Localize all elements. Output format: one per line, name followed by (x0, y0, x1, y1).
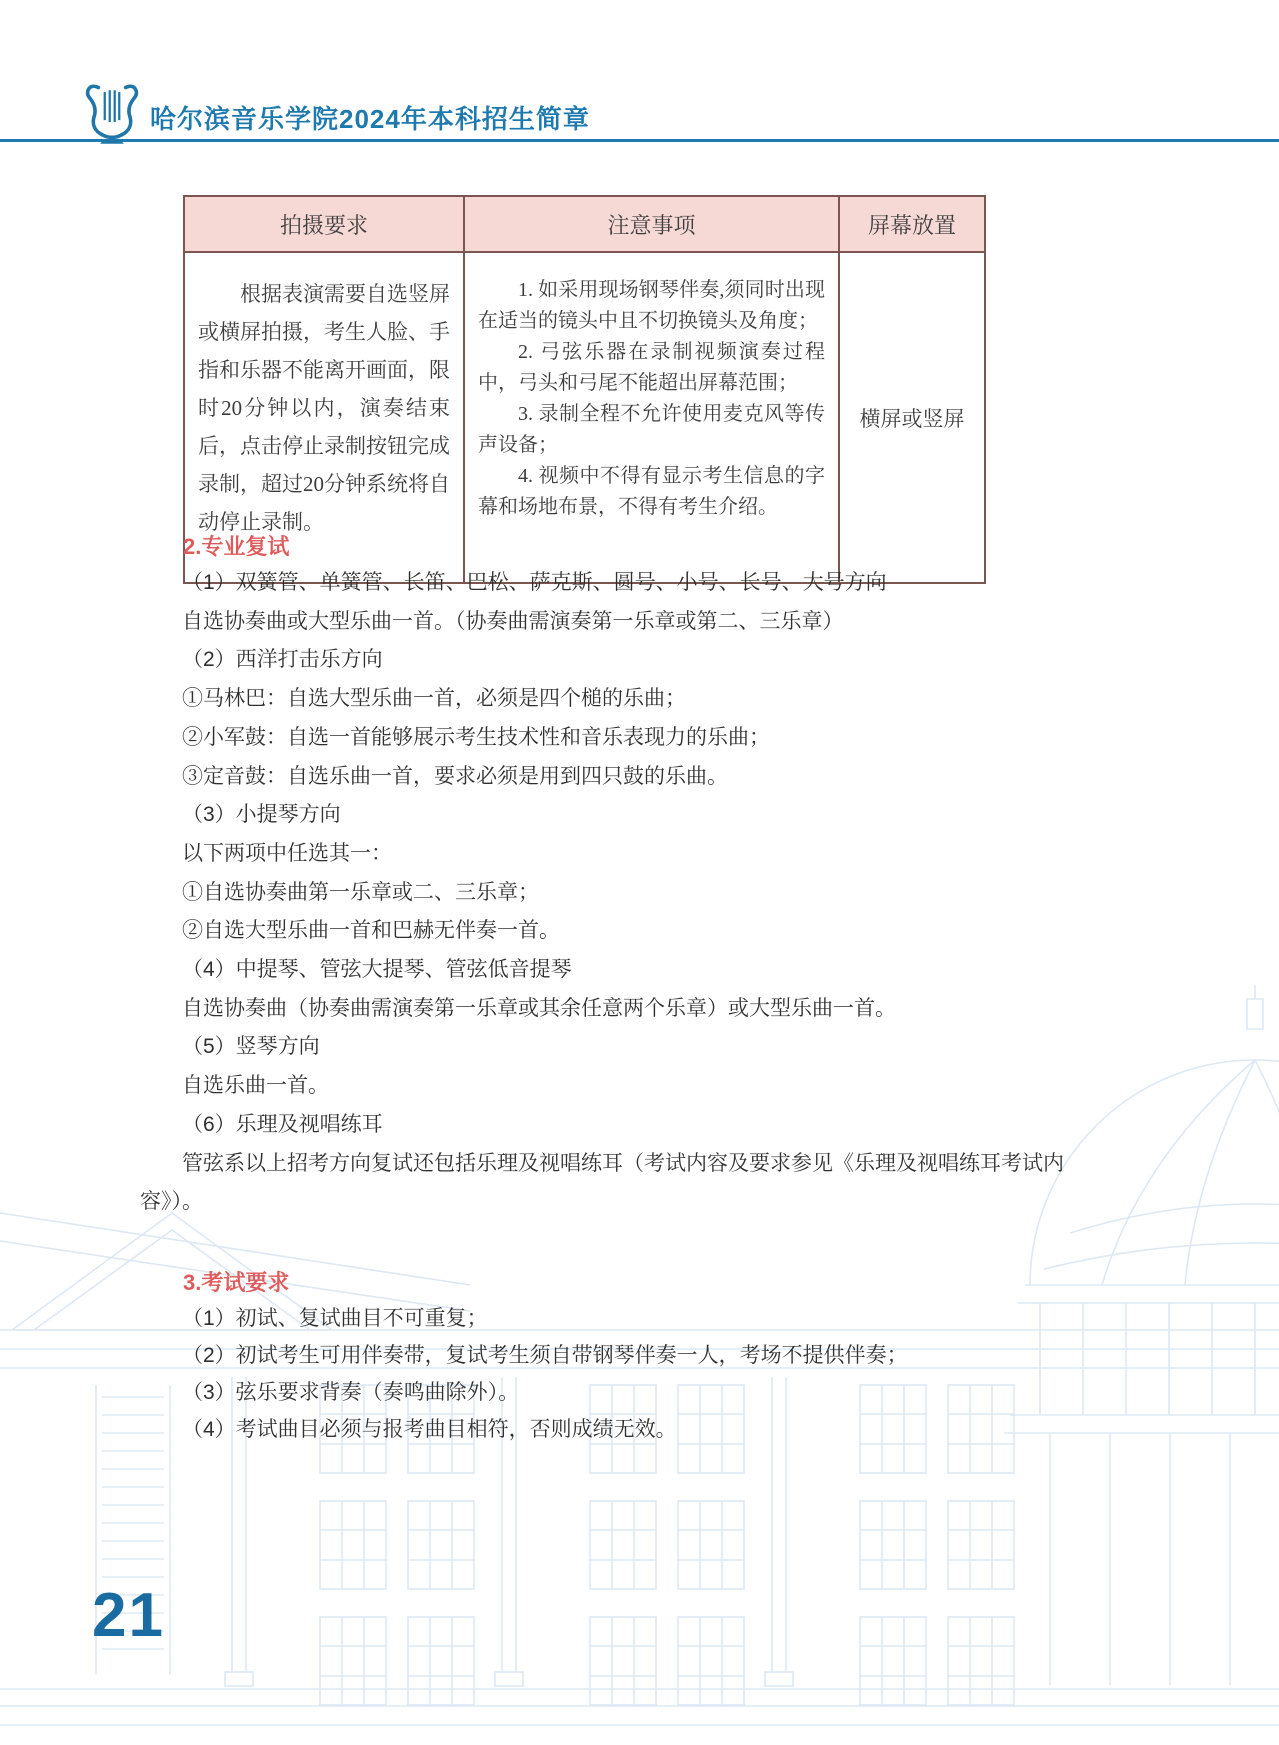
body-line: （3）小提琴方向 (140, 796, 1080, 835)
column-header-shooting: 拍摄要求 (184, 196, 464, 252)
note-item: 1. 如采用现场钢琴伴奏,须同时出现在适当的镜头中且不切换镜头及角度； (478, 275, 825, 337)
body-line: ①自选协奏曲第一乐章或二、三乐章； (140, 874, 1080, 913)
body-line: （1）双簧管、单簧管、长笛、巴松、萨克斯、圆号、小号、长号、大号方向 (140, 564, 1080, 603)
header-divider (0, 139, 1279, 142)
table-header-row: 拍摄要求 注意事项 屏幕放置 (184, 196, 985, 252)
body-line: （3）弦乐要求背奏（奏鸣曲除外）。 (140, 1374, 1080, 1411)
body-line: （4）中提琴、管弦大提琴、管弦低音提琴 (140, 951, 1080, 990)
column-header-notes: 注意事项 (464, 196, 839, 252)
note-item: 2. 弓弦乐器在录制视频演奏过程中，弓头和弓尾不能超出屏幕范围； (478, 337, 825, 399)
body-line: ②自选大型乐曲一首和巴赫无伴奏一首。 (140, 912, 1080, 951)
brochure-page: 哈尔滨音乐学院2024年本科招生简章 拍摄要求 注意事项 屏幕放置 根据表演需要… (0, 0, 1279, 1745)
body-line: 自选协奏曲（协奏曲需演奏第一乐章或其余任意两个乐章）或大型乐曲一首。 (140, 990, 1080, 1029)
note-item: 4. 视频中不得有显示考生信息的字幕和场地布景，不得有考生介绍。 (478, 461, 825, 523)
body-line: （5）竖琴方向 (140, 1028, 1080, 1067)
section-heading-exam-requirements: 3.考试要求 (183, 1270, 1080, 1296)
shooting-requirements-text: 根据表演需要自选竖屏或横屏拍摄，考生人脸、手指和乐器不能离开画面，限时20分钟以… (198, 275, 450, 541)
section-professional-retest: 2.专业复试 （1）双簧管、单簧管、长笛、巴松、萨克斯、圆号、小号、长号、大号方… (140, 534, 1080, 1222)
recording-requirements-table: 拍摄要求 注意事项 屏幕放置 根据表演需要自选竖屏或横屏拍摄，考生人脸、手指和乐… (183, 195, 986, 584)
note-item: 3. 录制全程不允许使用麦克风等传声设备； (478, 399, 825, 461)
body-line: 自选乐曲一首。 (140, 1067, 1080, 1106)
page-number: 21 (92, 1585, 165, 1647)
body-line: 管弦系以上招考方向复试还包括乐理及视唱练耳（考试内容及要求参见《乐理及视唱练耳考… (140, 1145, 1080, 1222)
body-line: （1）初试、复试曲目不可重复； (140, 1300, 1080, 1337)
body-line: ②小军鼓：自选一首能够展示考生技术性和音乐表现力的乐曲； (140, 719, 1080, 758)
lyre-logo-icon (83, 79, 141, 145)
body-line: 自选协奏曲或大型乐曲一首。（协奏曲需演奏第一乐章或第二、三乐章） (140, 603, 1080, 642)
body-line: 以下两项中任选其一： (140, 835, 1080, 874)
body-line: （4）考试曲目必须与报考曲目相符，否则成绩无效。 (140, 1411, 1080, 1448)
body-line: ③定音鼓：自选乐曲一首，要求必须是用到四只鼓的乐曲。 (140, 758, 1080, 797)
section-heading-retest: 2.专业复试 (183, 534, 1080, 560)
column-header-screen: 屏幕放置 (839, 196, 985, 252)
body-line: （2）西洋打击乐方向 (140, 641, 1080, 680)
section-exam-requirements: 3.考试要求 （1）初试、复试曲目不可重复； （2）初试考生可用伴奏带，复试考生… (140, 1270, 1080, 1448)
body-line: （6）乐理及视唱练耳 (140, 1106, 1080, 1145)
body-line: （2）初试考生可用伴奏带，复试考生须自带钢琴伴奏一人，考场不提供伴奏； (140, 1337, 1080, 1374)
body-line: ①马林巴：自选大型乐曲一首，必须是四个槌的乐曲； (140, 680, 1080, 719)
page-title: 哈尔滨音乐学院2024年本科招生简章 (150, 99, 590, 136)
